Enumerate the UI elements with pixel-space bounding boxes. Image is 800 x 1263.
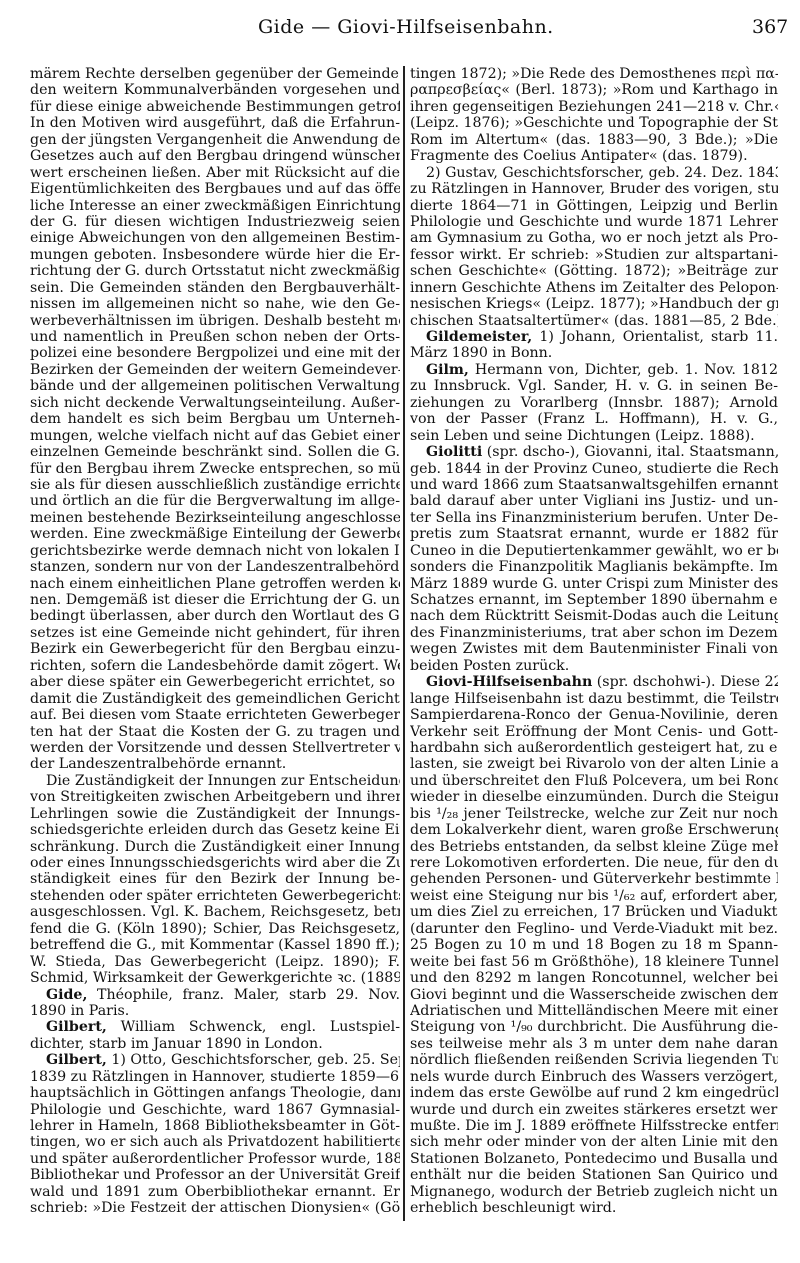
line-text: wert erscheinen ließen. Aber mit Rücksic… — [30, 165, 400, 181]
text-line: wurde und durch ein zweites stärkeres er… — [410, 1102, 778, 1118]
text-line: und namentlich in Preußen schon neben de… — [30, 329, 400, 345]
text-line: setzes ist eine Gemeinde nicht gehindert… — [30, 625, 400, 641]
text-line: 2) Gustav, Geschichtsforscher, geb. 24. … — [410, 165, 778, 181]
text-line: Schmid, Wirksamkeit der Gewerkgerichte ꝛ… — [30, 970, 400, 986]
text-line: zu Innsbruck. Vgl. Sander, H. v. G. in s… — [410, 378, 778, 394]
line-text: gerichtsbezirke werde demnach nicht von … — [30, 543, 400, 559]
text-line: weite bei fast 56 m Größthöhe), 18 klein… — [410, 954, 778, 970]
line-text: weist eine Steigung nur bis ¹/₆₂ auf, er… — [410, 888, 778, 904]
line-text: nen. Demgemäß ist dieser die Errichtung … — [30, 592, 400, 608]
text-line: nach dem Rücktritt Seismit-Dodas auch di… — [410, 608, 778, 624]
text-line: zu Rätzlingen in Hannover, Bruder des vo… — [410, 181, 778, 197]
text-line: lehrer in Hameln, 1868 Bibliotheksbeamte… — [30, 1118, 400, 1134]
line-text: 25 Bogen zu 10 m und 18 Bogen zu 18 m Sp… — [410, 937, 778, 953]
line-text: am Gymnasium zu Gotha, wo er noch jetzt … — [410, 230, 778, 246]
line-text: bis ¹/₂₈ jener Teilstrecke, welche zur Z… — [410, 806, 778, 822]
line-text: lehrer in Hameln, 1868 Bibliotheksbeamte… — [30, 1118, 400, 1134]
line-text: Stationen Bolzaneto, Pontedecimo und Bus… — [410, 1151, 778, 1167]
page-header: Gide — Giovi-Hilfseisenbahn. 367 — [0, 14, 800, 40]
text-line: werden. Eine zweckmäßige Einteilung der … — [30, 526, 400, 542]
text-line: Bezirken der Gemeinden der weitern Gemei… — [30, 362, 400, 378]
text-line: lasten, sie zweigt bei Rivarolo von der … — [410, 756, 778, 772]
line-text: stanzen, sondern nur von der Landeszentr… — [30, 559, 400, 575]
line-text: bände und der allgemeinen politischen Ve… — [30, 378, 400, 394]
line-text: gehenden Personen- und Güterverkehr best… — [410, 871, 778, 887]
line-text: nels wurde durch Einbruch des Wassers ve… — [410, 1069, 778, 1085]
text-line: 1890 in Paris. — [30, 1003, 400, 1019]
line-text: mußte. Die im J. 1889 eröffnete Hilfsstr… — [410, 1118, 778, 1134]
text-line: richtung der G. durch Ortsstatut nicht z… — [30, 263, 400, 279]
text-line: nels wurde durch Einbruch des Wassers ve… — [410, 1069, 778, 1085]
line-text: nesischen Kriegs« (Leipz. 1877); »Handbu… — [410, 296, 778, 312]
line-text: enthält nur die beiden Stationen San Qui… — [410, 1167, 778, 1183]
text-line: sich mehr oder minder von der alten Lini… — [410, 1134, 778, 1150]
text-line: Eigentümlichkeiten des Bergbaues und auf… — [30, 181, 400, 197]
entry-heading-line: Gilbert, 1) Otto, Geschichtsforscher, ge… — [30, 1052, 400, 1068]
text-line: betreffend die G., mit Kommentar (Kassel… — [30, 937, 400, 953]
line-text: bedingt überlassen, aber durch den Wortl… — [30, 608, 400, 624]
line-text: des Finanzministeriums, trat aber schon … — [410, 625, 778, 641]
text-line: ses teilweise mehr als 3 m unter dem nah… — [410, 1036, 778, 1052]
line-text: für diese einige abweichende Bestimmunge… — [30, 99, 400, 115]
line-text: 1839 zu Rätzlingen in Hannover, studiert… — [30, 1069, 400, 1085]
line-text: William Schwenck, engl. Lustspiel- — [107, 1019, 400, 1035]
line-text: dierte 1864—71 in Göttingen, Leipzig und… — [410, 198, 778, 214]
text-line: am Gymnasium zu Gotha, wo er noch jetzt … — [410, 230, 778, 246]
text-line: sein. Die Gemeinden ständen den Bergbauv… — [30, 280, 400, 296]
text-line: des Betriebs entstanden, da selbst klein… — [410, 839, 778, 855]
text-line: sie als für diesen ausschließlich zustän… — [30, 477, 400, 493]
line-text: fessor wirkt. Er schrieb: »Studien zur a… — [410, 247, 778, 263]
text-line: indem das erste Gewölbe auf rund 2 km ei… — [410, 1085, 778, 1101]
line-text: hauptsächlich in Göttingen anfangs Theol… — [30, 1085, 400, 1101]
text-line: stanzen, sondern nur von der Landeszentr… — [30, 559, 400, 575]
line-text: (spr. dschohwi-). Diese 22,9 km — [592, 674, 778, 690]
text-line: damit die Zuständigkeit des gemeindliche… — [30, 691, 400, 707]
line-text: dichter, starb im Januar 1890 in London. — [30, 1036, 323, 1052]
line-text: dem Lokalverkehr dient, waren große Ersc… — [410, 822, 778, 838]
text-line: ausgeschlossen. Vgl. K. Bachem, Reichsge… — [30, 904, 400, 920]
line-text: lasten, sie zweigt bei Rivarolo von der … — [410, 756, 778, 772]
text-line: fessor wirkt. Er schrieb: »Studien zur a… — [410, 247, 778, 263]
text-line: Cuneo in die Deputiertenkammer gewählt, … — [410, 543, 778, 559]
line-text: Eigentümlichkeiten des Bergbaues und auf… — [30, 181, 400, 197]
line-text: aber diese später ein Gewerbegericht err… — [30, 674, 400, 690]
text-line: schrieb: »Die Festzeit der attischen Dio… — [30, 1200, 400, 1216]
running-head-title: Gide — Giovi-Hilfseisenbahn. — [258, 16, 554, 38]
text-line: mungen, welche vielfach nicht auf das Ge… — [30, 428, 400, 444]
text-line: Bezirk ein Gewerbegericht für den Bergba… — [30, 641, 400, 657]
text-line: beiden Posten zurück. — [410, 658, 778, 674]
text-line: oder eines Innungsschiedsgerichts wird a… — [30, 855, 400, 871]
line-text: Die Zuständigkeit der Innungen zur Entsc… — [46, 773, 400, 789]
text-line: W. Stieda, Das Gewerbegericht (Leipz. 18… — [30, 954, 400, 970]
text-line: wegen Zwistes mit dem Bautenminister Fin… — [410, 641, 778, 657]
text-line: ten hat der Staat die Kosten der G. zu t… — [30, 724, 400, 740]
line-text: der Landeszentralbehörde ernannt. — [30, 756, 286, 772]
text-line: wald und 1891 zum Oberbibliothekar ernan… — [30, 1184, 400, 1200]
line-text: sonders die Finanzpolitik Maglianis bekä… — [410, 559, 778, 575]
line-text: ihren gegenseitigen Beziehungen 241—218 … — [410, 99, 778, 115]
text-line: nach einem einheitlichen Plane getroffen… — [30, 576, 400, 592]
line-text: In den Motiven wird ausgeführt, daß die … — [30, 115, 400, 131]
text-line: hauptsächlich in Göttingen anfangs Theol… — [30, 1085, 400, 1101]
text-line: enthält nur die beiden Stationen San Qui… — [410, 1167, 778, 1183]
text-line: Philologie und Geschichte, ward 1867 Gym… — [30, 1102, 400, 1118]
line-text: auf. Bei diesen vom Staate errichteten G… — [30, 707, 400, 723]
line-text: und überschreitet den Fluß Polcevera, um… — [410, 773, 778, 789]
line-text: märem Rechte derselben gegenüber der Gem… — [30, 66, 400, 82]
text-line: hardbahn sich außerordentlich gesteigert… — [410, 740, 778, 756]
line-text: betreffend die G., mit Kommentar (Kassel… — [30, 937, 400, 953]
entry-heading-line: Gilbert, William Schwenck, engl. Lustspi… — [30, 1019, 400, 1035]
line-text: März 1890 in Bonn. — [410, 345, 552, 361]
text-line: werden der Vorsitzende und dessen Stellv… — [30, 740, 400, 756]
line-text: 1) Johann, Orientalist, starb 11. — [532, 329, 778, 345]
text-line: chischen Staatsaltertümer« (das. 1881—85… — [410, 313, 778, 329]
text-line: schränkung. Durch die Zuständigkeit eine… — [30, 839, 400, 855]
line-text: geb. 1844 in der Provinz Cuneo, studiert… — [410, 461, 778, 477]
left-column: märem Rechte derselben gegenüber der Gem… — [30, 66, 400, 1217]
line-text: schränkung. Durch die Zuständigkeit eine… — [30, 839, 400, 855]
line-text: März 1889 wurde G. unter Crispi zum Mini… — [410, 576, 778, 592]
text-line: Fragmente des Coelius Antipater« (das. 1… — [410, 148, 778, 164]
line-text: ραπρεσβείας« (Berl. 1873); »Rom und Kart… — [410, 82, 778, 98]
line-text: und den 8292 m langen Roncotunnel, welch… — [410, 970, 778, 986]
text-line: um dies Ziel zu erreichen, 17 Brücken un… — [410, 904, 778, 920]
text-line: nesischen Kriegs« (Leipz. 1877); »Handbu… — [410, 296, 778, 312]
entry-heading-line: Gide, Théophile, franz. Maler, starb 29.… — [30, 987, 400, 1003]
line-text: Lehrlingen sowie die Zuständigkeit der I… — [30, 806, 400, 822]
line-text: nach einem einheitlichen Plane getroffen… — [30, 576, 400, 592]
line-text: Sampierdarena-Ronco der Genua-Novilinie,… — [410, 707, 778, 723]
line-text: rere Lokomotiven erforderten. Die neue, … — [410, 855, 778, 871]
line-text: oder eines Innungsschiedsgerichts wird a… — [30, 855, 400, 871]
line-text: und namentlich in Preußen schon neben de… — [30, 329, 400, 345]
text-line: geb. 1844 in der Provinz Cuneo, studiert… — [410, 461, 778, 477]
line-text: Philologie und Geschichte, ward 1867 Gym… — [30, 1102, 400, 1118]
text-line: meinen bestehende Bezirkseinteilung ange… — [30, 510, 400, 526]
text-line: schen Geschichte« (Götting. 1872); »Beit… — [410, 263, 778, 279]
line-text: tingen 1872); »Die Rede des Demosthenes … — [410, 66, 778, 82]
line-text: Théophile, franz. Maler, starb 29. Nov. — [87, 987, 400, 1003]
line-text: nach dem Rücktritt Seismit-Dodas auch di… — [410, 608, 778, 624]
line-text: (Leipz. 1876); »Geschichte und Topograph… — [410, 115, 778, 131]
text-line: nen. Demgemäß ist dieser die Errichtung … — [30, 592, 400, 608]
text-line: tingen, wo er sich auch als Privatdozent… — [30, 1134, 400, 1150]
text-line: bedingt überlassen, aber durch den Wortl… — [30, 608, 400, 624]
text-line: gerichtsbezirke werde demnach nicht von … — [30, 543, 400, 559]
entry-keyword: Gilbert, — [46, 1019, 107, 1035]
text-line: Die Zuständigkeit der Innungen zur Entsc… — [30, 773, 400, 789]
text-line: werbeverhältnissen im übrigen. Deshalb b… — [30, 313, 400, 329]
text-line: für diese einige abweichende Bestimmunge… — [30, 99, 400, 115]
text-line: Giovi beginnt und die Wasserscheide zwis… — [410, 987, 778, 1003]
text-line: bände und der allgemeinen politischen Ve… — [30, 378, 400, 394]
text-line: gehenden Personen- und Güterverkehr best… — [410, 871, 778, 887]
line-text: dem handelt es sich beim Bergbau um Unte… — [30, 411, 400, 427]
line-text: Philologie und Geschichte und wurde 1871… — [410, 214, 778, 230]
line-text: Bezirken der Gemeinden der weitern Gemei… — [30, 362, 400, 378]
line-text: und örtlich an die für die Bergverwaltun… — [30, 493, 400, 509]
line-text: sein Leben und seine Dichtungen (Leipz. … — [410, 428, 755, 444]
line-text: sein. Die Gemeinden ständen den Bergbauv… — [30, 280, 400, 296]
line-text: mungen geboten. Insbesondere würde hier … — [30, 247, 400, 263]
line-text: 2) Gustav, Geschichtsforscher, geb. 24. … — [426, 165, 778, 181]
text-line: liche Interesse an einer zweckmäßigen Ei… — [30, 198, 400, 214]
text-line: bald darauf aber unter Vigliani ins Just… — [410, 493, 778, 509]
line-text: Giovi beginnt und die Wasserscheide zwis… — [410, 987, 778, 1003]
line-text: Hermann von, Dichter, geb. 1. Nov. 1812 — [469, 362, 778, 378]
line-text: schrieb: »Die Festzeit der attischen Dio… — [30, 1200, 400, 1216]
line-text: Verkehr seit Eröffnung der Mont Cenis- u… — [410, 724, 778, 740]
line-text: einige Abweichungen von den allgemeinen … — [30, 230, 400, 246]
entry-keyword: Giovi-Hilfseisenbahn — [426, 674, 592, 690]
line-text: tingen, wo er sich auch als Privatdozent… — [30, 1134, 400, 1150]
entry-keyword: Gildemeister, — [426, 329, 532, 345]
text-line: Adriatischen und Mittelländischen Meere … — [410, 1003, 778, 1019]
entry-heading-line: Giolitti (spr. dscho-), Giovanni, ital. … — [410, 444, 778, 460]
text-line: ziehungen zu Vorarlberg (Innsbr. 1887); … — [410, 395, 778, 411]
text-line: ραπρεσβείας« (Berl. 1873); »Rom und Kart… — [410, 82, 778, 98]
line-text: einzelnen Gemeinde beschränkt sind. Soll… — [30, 444, 400, 460]
line-text: zu Innsbruck. Vgl. Sander, H. v. G. in s… — [410, 378, 778, 394]
text-line: wieder in dieselbe einzumünden. Durch di… — [410, 789, 778, 805]
text-line: wert erscheinen ließen. Aber mit Rücksic… — [30, 165, 400, 181]
line-text: werbeverhältnissen im übrigen. Deshalb b… — [30, 313, 400, 329]
line-text: lange Hilfseisenbahn ist dazu bestimmt, … — [410, 691, 778, 707]
line-text: Adriatischen und Mittelländischen Meere … — [410, 1003, 778, 1019]
text-line: und überschreitet den Fluß Polcevera, um… — [410, 773, 778, 789]
line-text: mungen, welche vielfach nicht auf das Ge… — [30, 428, 400, 444]
text-line: Rom im Altertum« (das. 1883—90, 3 Bde.);… — [410, 132, 778, 148]
line-text: ziehungen zu Vorarlberg (Innsbr. 1887); … — [410, 395, 778, 411]
text-line: bis ¹/₂₈ jener Teilstrecke, welche zur Z… — [410, 806, 778, 822]
line-text: sich mehr oder minder von der alten Lini… — [410, 1134, 778, 1150]
entry-keyword: Giolitti — [426, 444, 482, 460]
text-line: In den Motiven wird ausgeführt, daß die … — [30, 115, 400, 131]
text-line: den weitern Kommunalverbänden vorgesehen… — [30, 82, 400, 98]
text-line: ihren gegenseitigen Beziehungen 241—218 … — [410, 99, 778, 115]
text-line: sein Leben und seine Dichtungen (Leipz. … — [410, 428, 778, 444]
text-line: Bibliothekar und Professor an der Univer… — [30, 1167, 400, 1183]
line-text: (spr. dscho-), Giovanni, ital. Staatsman… — [482, 444, 778, 460]
text-line: einzelnen Gemeinde beschränkt sind. Soll… — [30, 444, 400, 460]
line-text: chischen Staatsaltertümer« (das. 1881—85… — [410, 313, 778, 329]
line-text: fend die G. (Köln 1890); Schier, Das Rei… — [30, 921, 400, 937]
text-line: ständigkeit eines für den Bezirk der Inn… — [30, 871, 400, 887]
text-line: aber diese später ein Gewerbegericht err… — [30, 674, 400, 690]
line-text: pretis zum Staatsrat ernannt, wurde er 1… — [410, 526, 778, 542]
text-line: weist eine Steigung nur bis ¹/₆₂ auf, er… — [410, 888, 778, 904]
text-line: gen der jüngsten Vergangenheit die Anwen… — [30, 132, 400, 148]
text-line: dem handelt es sich beim Bergbau um Unte… — [30, 411, 400, 427]
text-line: Stationen Bolzaneto, Pontedecimo und Bus… — [410, 1151, 778, 1167]
line-text: von der Passer (Franz L. Hoffmann), H. v… — [410, 411, 778, 427]
text-line: und örtlich an die für die Bergverwaltun… — [30, 493, 400, 509]
line-text: schiedsgerichte erleiden durch das Geset… — [30, 822, 400, 838]
text-line: März 1889 wurde G. unter Crispi zum Mini… — [410, 576, 778, 592]
line-text: ses teilweise mehr als 3 m unter dem nah… — [410, 1036, 778, 1052]
text-line: 25 Bogen zu 10 m und 18 Bogen zu 18 m Sp… — [410, 937, 778, 953]
line-text: setzes ist eine Gemeinde nicht gehindert… — [30, 625, 400, 641]
text-line: mußte. Die im J. 1889 eröffnete Hilfsstr… — [410, 1118, 778, 1134]
page-number: 367 — [752, 16, 788, 38]
line-text: den weitern Kommunalverbänden vorgesehen… — [30, 82, 400, 98]
line-text: nissen im allgemeinen nicht so nahe, wie… — [30, 296, 400, 312]
line-text: meinen bestehende Bezirkseinteilung ange… — [30, 510, 400, 526]
text-line: märem Rechte derselben gegenüber der Gem… — [30, 66, 400, 82]
line-text: Cuneo in die Deputiertenkammer gewählt, … — [410, 543, 778, 559]
text-line: Sampierdarena-Ronco der Genua-Novilinie,… — [410, 707, 778, 723]
line-text: von Streitigkeiten zwischen Arbeitgebern… — [30, 789, 400, 805]
line-text: ausgeschlossen. Vgl. K. Bachem, Reichsge… — [30, 904, 400, 920]
line-text: 1890 in Paris. — [30, 1003, 129, 1019]
line-text: des Betriebs entstanden, da selbst klein… — [410, 839, 778, 855]
line-text: Bezirk ein Gewerbegericht für den Bergba… — [30, 641, 400, 657]
line-text: bald darauf aber unter Vigliani ins Just… — [410, 493, 778, 509]
line-text: wald und 1891 zum Oberbibliothekar ernan… — [30, 1184, 400, 1200]
line-text: ter Sella ins Finanzministerium berufen.… — [410, 510, 778, 526]
line-text: und ward 1866 zum Staatsanwaltsgehilfen … — [410, 477, 778, 493]
text-line: (Leipz. 1876); »Geschichte und Topograph… — [410, 115, 778, 131]
text-line: innern Geschichte Athens im Zeitalter de… — [410, 280, 778, 296]
text-line: einige Abweichungen von den allgemeinen … — [30, 230, 400, 246]
text-line: von Streitigkeiten zwischen Arbeitgebern… — [30, 789, 400, 805]
text-line: Lehrlingen sowie die Zuständigkeit der I… — [30, 806, 400, 822]
line-text: Steigung von ¹/₉₀ durchbricht. Die Ausfü… — [410, 1019, 778, 1035]
line-text: richten, sofern die Landesbehörde damit … — [30, 658, 400, 674]
line-text: Schatzes ernannt, im September 1890 über… — [410, 592, 778, 608]
text-line: erheblich beschleunigt wird. — [410, 1200, 778, 1216]
text-line: Verkehr seit Eröffnung der Mont Cenis- u… — [410, 724, 778, 740]
line-text: ständigkeit eines für den Bezirk der Inn… — [30, 871, 400, 887]
line-text: 1) Otto, Geschichtsforscher, geb. 25. Se… — [107, 1052, 400, 1068]
column-divider — [403, 66, 405, 1221]
line-text: gen der jüngsten Vergangenheit die Anwen… — [30, 132, 400, 148]
line-text: beiden Posten zurück. — [410, 658, 569, 674]
line-text: nördlich fließenden reißenden Scrivia li… — [410, 1052, 778, 1068]
line-text: schen Geschichte« (Götting. 1872); »Beit… — [410, 263, 778, 279]
line-text: weite bei fast 56 m Größthöhe), 18 klein… — [410, 954, 778, 970]
line-text: innern Geschichte Athens im Zeitalter de… — [410, 280, 778, 296]
line-text: Gesetzes auch auf den Bergbau dringend w… — [30, 148, 400, 164]
line-text: damit die Zuständigkeit des gemeindliche… — [30, 691, 400, 707]
text-line: des Finanzministeriums, trat aber schon … — [410, 625, 778, 641]
line-text: sie als für diesen ausschließlich zustän… — [30, 477, 400, 493]
entry-heading-line: Gilm, Hermann von, Dichter, geb. 1. Nov.… — [410, 362, 778, 378]
line-text: polizei eine besondere Bergpolizei und e… — [30, 345, 400, 361]
text-line: polizei eine besondere Bergpolizei und e… — [30, 345, 400, 361]
text-line: Gesetzes auch auf den Bergbau dringend w… — [30, 148, 400, 164]
text-line: und den 8292 m langen Roncotunnel, welch… — [410, 970, 778, 986]
line-text: wurde und durch ein zweites stärkeres er… — [410, 1102, 778, 1118]
line-text: (darunter den Feglino- und Verde-Viadukt… — [410, 921, 778, 937]
text-line: lange Hilfseisenbahn ist dazu bestimmt, … — [410, 691, 778, 707]
entry-heading-line: Gildemeister, 1) Johann, Orientalist, st… — [410, 329, 778, 345]
line-text: richtung der G. durch Ortsstatut nicht z… — [30, 263, 400, 279]
text-line: auf. Bei diesen vom Staate errichteten G… — [30, 707, 400, 723]
text-line: 1839 zu Rätzlingen in Hannover, studiert… — [30, 1069, 400, 1085]
text-line: mungen geboten. Insbesondere würde hier … — [30, 247, 400, 263]
text-line: und ward 1866 zum Staatsanwaltsgehilfen … — [410, 477, 778, 493]
line-text: wieder in dieselbe einzumünden. Durch di… — [410, 789, 778, 805]
text-line: schiedsgerichte erleiden durch das Geset… — [30, 822, 400, 838]
text-line: Mignanego, wodurch der Betrieb zugleich … — [410, 1184, 778, 1200]
line-text: werden der Vorsitzende und dessen Stellv… — [30, 740, 400, 756]
text-line: sich nicht deckende Verwaltungseinteilun… — [30, 395, 400, 411]
text-line: der G. für diesen wichtigen Industriezwe… — [30, 214, 400, 230]
line-text: Rom im Altertum« (das. 1883—90, 3 Bde.);… — [410, 132, 778, 148]
line-text: hardbahn sich außerordentlich gesteigert… — [410, 740, 778, 756]
line-text: um dies Ziel zu erreichen, 17 Brücken un… — [410, 904, 778, 920]
text-line: nördlich fließenden reißenden Scrivia li… — [410, 1052, 778, 1068]
text-line: für den Bergbau ihrem Zwecke entsprechen… — [30, 461, 400, 477]
text-line: nissen im allgemeinen nicht so nahe, wie… — [30, 296, 400, 312]
line-text: ten hat der Staat die Kosten der G. zu t… — [30, 724, 400, 740]
text-line: sonders die Finanzpolitik Maglianis bekä… — [410, 559, 778, 575]
text-line: Schatzes ernannt, im September 1890 über… — [410, 592, 778, 608]
right-column: tingen 1872); »Die Rede des Demosthenes … — [410, 66, 778, 1217]
text-line: richten, sofern die Landesbehörde damit … — [30, 658, 400, 674]
entry-keyword: Gide, — [46, 987, 87, 1003]
line-text: W. Stieda, Das Gewerbegericht (Leipz. 18… — [30, 954, 400, 970]
line-text: der G. für diesen wichtigen Industriezwe… — [30, 214, 400, 230]
text-line: dierte 1864—71 in Göttingen, Leipzig und… — [410, 198, 778, 214]
text-line: dichter, starb im Januar 1890 in London. — [30, 1036, 400, 1052]
text-line: von der Passer (Franz L. Hoffmann), H. v… — [410, 411, 778, 427]
text-line: der Landeszentralbehörde ernannt. — [30, 756, 400, 772]
line-text: liche Interesse an einer zweckmäßigen Ei… — [30, 198, 400, 214]
text-line: (darunter den Feglino- und Verde-Viadukt… — [410, 921, 778, 937]
entry-heading-line: Giovi-Hilfseisenbahn (spr. dschohwi-). D… — [410, 674, 778, 690]
line-text: werden. Eine zweckmäßige Einteilung der … — [30, 526, 400, 542]
line-text: wegen Zwistes mit dem Bautenminister Fin… — [410, 641, 778, 657]
entry-keyword: Gilm, — [426, 362, 469, 378]
line-text: erheblich beschleunigt wird. — [410, 1200, 616, 1216]
line-text: indem das erste Gewölbe auf rund 2 km ei… — [410, 1085, 778, 1101]
text-line: und später außerordentlicher Professor w… — [30, 1151, 400, 1167]
text-line: März 1890 in Bonn. — [410, 345, 778, 361]
text-line: fend die G. (Köln 1890); Schier, Das Rei… — [30, 921, 400, 937]
text-line: stehenden oder später errichteten Gewerb… — [30, 888, 400, 904]
line-text: für den Bergbau ihrem Zwecke entsprechen… — [30, 461, 400, 477]
line-text: Mignanego, wodurch der Betrieb zugleich … — [410, 1184, 778, 1200]
line-text: zu Rätzlingen in Hannover, Bruder des vo… — [410, 181, 778, 197]
text-line: dem Lokalverkehr dient, waren große Ersc… — [410, 822, 778, 838]
text-line: rere Lokomotiven erforderten. Die neue, … — [410, 855, 778, 871]
line-text: stehenden oder später errichteten Gewerb… — [30, 888, 400, 904]
text-line: tingen 1872); »Die Rede des Demosthenes … — [410, 66, 778, 82]
line-text: Schmid, Wirksamkeit der Gewerkgerichte ꝛ… — [30, 970, 400, 986]
line-text: Fragmente des Coelius Antipater« (das. 1… — [410, 148, 748, 164]
line-text: und später außerordentlicher Professor w… — [30, 1151, 400, 1167]
text-line: Philologie und Geschichte und wurde 1871… — [410, 214, 778, 230]
line-text: Bibliothekar und Professor an der Univer… — [30, 1167, 400, 1183]
text-line: Steigung von ¹/₉₀ durchbricht. Die Ausfü… — [410, 1019, 778, 1035]
text-line: ter Sella ins Finanzministerium berufen.… — [410, 510, 778, 526]
entry-keyword: Gilbert, — [46, 1052, 107, 1068]
text-line: pretis zum Staatsrat ernannt, wurde er 1… — [410, 526, 778, 542]
line-text: sich nicht deckende Verwaltungseinteilun… — [30, 395, 400, 411]
